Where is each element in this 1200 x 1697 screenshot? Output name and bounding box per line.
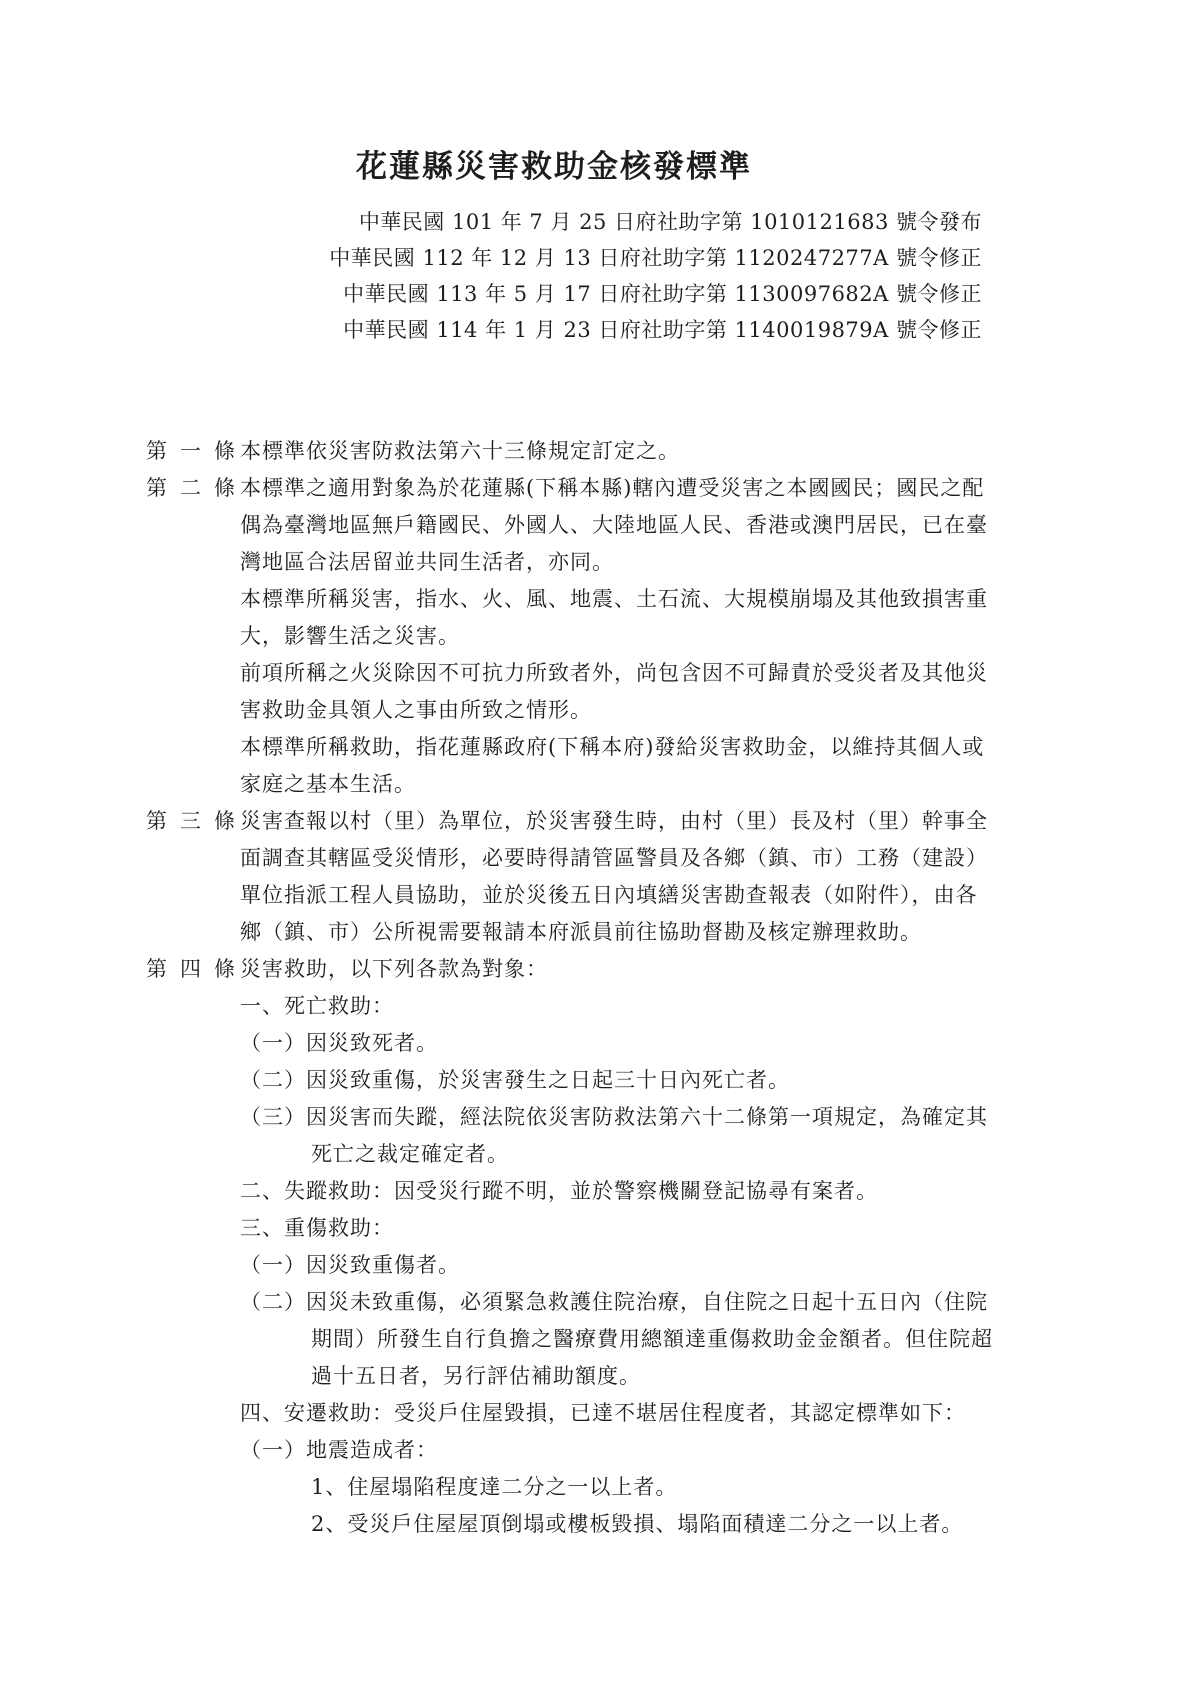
document-line: 二、失蹤救助：因受災行蹤不明，並於警察機關登記協尋有案者。 [0,1173,1200,1210]
line-text: （一）地震造成者： [240,1438,438,1462]
line-text: （二）因災未致重傷，必須緊急救護住院治療，自住院之日起十五日內（住院 [240,1290,988,1314]
line-text: 四、安遷救助：受災戶住屋毀損，已達不堪居住程度者，其認定標準如下： [240,1401,966,1425]
line-text: （一）因災致重傷者。 [240,1253,460,1277]
document-line: 面調查其轄區受災情形，必要時得請管區警員及各鄉（鎮、市）工務（建設） [0,840,1200,877]
promulgation-line: 中華民國 101 年 7 月 25 日府社助字第 1010121683 號令發布 [0,204,982,240]
line-text: 面調查其轄區受災情形，必要時得請管區警員及各鄉（鎮、市）工務（建設） [240,846,988,870]
document-line: 灣地區合法居留並共同生活者，亦同。 [0,544,1200,581]
document-line: （二）因災致重傷，於災害發生之日起三十日內死亡者。 [0,1062,1200,1099]
line-text: 單位指派工程人員協助，並於災後五日內填繕災害勘查報表（如附件），由各 [240,883,978,907]
promulgation-line: 中華民國 113 年 5 月 17 日府社助字第 1130097682A 號令修… [0,276,982,312]
document-line: 四、安遷救助：受災戶住屋毀損，已達不堪居住程度者，其認定標準如下： [0,1395,1200,1432]
promulgation-line: 中華民國 112 年 12 月 13 日府社助字第 1120247277A 號令… [0,240,982,276]
document-line: （二）因災未致重傷，必須緊急救護住院治療，自住院之日起十五日內（住院 [0,1284,1200,1321]
line-text: 本標準之適用對象為於花蓮縣(下稱本縣)轄內遭受災害之本國國民；國民之配 [240,476,984,500]
document-line: 前項所稱之火災除因不可抗力所致者外，尚包含因不可歸責於受災者及其他災 [0,655,1200,692]
article-line: 第三條災害查報以村（里）為單位，於災害發生時，由村（里）長及村（里）幹事全 [0,803,1200,840]
document-title: 花蓮縣災害救助金核發標準 [356,149,752,185]
document-line: 家庭之基本生活。 [0,766,1200,803]
document-page: 花蓮縣災害救助金核發標準 中華民國 101 年 7 月 25 日府社助字第 10… [0,0,1200,1697]
document-line: 單位指派工程人員協助，並於災後五日內填繕災害勘查報表（如附件），由各 [0,877,1200,914]
document-line: 大，影響生活之災害。 [0,618,1200,655]
title-row: 花蓮縣災害救助金核發標準 [146,146,962,188]
document-line: 三、重傷救助： [0,1210,1200,1247]
line-text: 災害救助，以下列各款為對象： [240,957,548,981]
document-body: 第一條本標準依災害防救法第六十三條規定訂定之。第二條本標準之適用對象為於花蓮縣(… [0,433,1200,1543]
document-line: 期間）所發生自行負擔之醫療費用總額達重傷救助金金額者。但住院超 [0,1321,1200,1358]
line-text: 大，影響生活之災害。 [240,624,460,648]
line-text: 本標準所稱災害，指水、火、風、地震、土石流、大規模崩塌及其他致損害重 [240,587,988,611]
line-text: （三）因災害而失蹤，經法院依災害防救法第六十二條第一項規定，為確定其 [240,1105,988,1129]
document-line: 鄉（鎮、市）公所視需要報請本府派員前往協助督勘及核定辦理救助。 [0,914,1200,951]
document-line: （一）因災致重傷者。 [0,1247,1200,1284]
line-text: 死亡之裁定確定者。 [311,1142,509,1166]
line-text: 災害查報以村（里）為單位，於災害發生時，由村（里）長及村（里）幹事全 [240,809,988,833]
promulgation-block: 中華民國 101 年 7 月 25 日府社助字第 1010121683 號令發布… [0,204,1200,348]
line-text: 過十五日者，另行評估補助額度。 [311,1364,641,1388]
line-text: 鄉（鎮、市）公所視需要報請本府派員前往協助督勘及核定辦理救助。 [240,920,922,944]
article-number: 第三條 [146,803,248,840]
article-number: 第一條 [146,433,248,470]
document-line: 一、死亡救助： [0,988,1200,1025]
document-line: 1、住屋塌陷程度達二分之一以上者。 [0,1469,1200,1506]
line-text: 灣地區合法居留並共同生活者，亦同。 [240,550,614,574]
document-line: 2、受災戶住屋屋頂倒塌或樓板毀損、塌陷面積達二分之一以上者。 [0,1506,1200,1543]
line-text: 二、失蹤救助：因受災行蹤不明，並於警察機關登記協尋有案者。 [240,1179,878,1203]
line-text: 偶為臺灣地區無戶籍國民、外國人、大陸地區人民、香港或澳門居民，已在臺 [240,513,988,537]
document-line: 害救助金具領人之事由所致之情形。 [0,692,1200,729]
document-line: （一）地震造成者： [0,1432,1200,1469]
document-line: 本標準所稱救助，指花蓮縣政府(下稱本府)發給災害救助金，以維持其個人或 [0,729,1200,766]
line-text: 家庭之基本生活。 [240,772,416,796]
article-line: 第一條本標準依災害防救法第六十三條規定訂定之。 [0,433,1200,470]
article-number: 第四條 [146,951,248,988]
article-number: 第二條 [146,470,248,507]
article-line: 第四條災害救助，以下列各款為對象： [0,951,1200,988]
document-line: 本標準所稱災害，指水、火、風、地震、土石流、大規模崩塌及其他致損害重 [0,581,1200,618]
line-text: 本標準依災害防救法第六十三條規定訂定之。 [240,439,680,463]
line-text: （一）因災致死者。 [240,1031,438,1055]
line-text: 一、死亡救助： [240,994,394,1018]
article-line: 第二條本標準之適用對象為於花蓮縣(下稱本縣)轄內遭受災害之本國國民；國民之配 [0,470,1200,507]
line-text: 期間）所發生自行負擔之醫療費用總額達重傷救助金金額者。但住院超 [311,1327,993,1351]
line-text: 1、住屋塌陷程度達二分之一以上者。 [311,1475,677,1499]
line-text: 前項所稱之火災除因不可抗力所致者外，尚包含因不可歸責於受災者及其他災 [240,661,988,685]
document-line: （三）因災害而失蹤，經法院依災害防救法第六十二條第一項規定，為確定其 [0,1099,1200,1136]
line-text: （二）因災致重傷，於災害發生之日起三十日內死亡者。 [240,1068,790,1092]
line-text: 害救助金具領人之事由所致之情形。 [240,698,592,722]
line-text: 2、受災戶住屋屋頂倒塌或樓板毀損、塌陷面積達二分之一以上者。 [311,1512,963,1536]
document-line: 死亡之裁定確定者。 [0,1136,1200,1173]
document-line: 偶為臺灣地區無戶籍國民、外國人、大陸地區人民、香港或澳門居民，已在臺 [0,507,1200,544]
document-line: 過十五日者，另行評估補助額度。 [0,1358,1200,1395]
line-text: 本標準所稱救助，指花蓮縣政府(下稱本府)發給災害救助金，以維持其個人或 [240,735,984,759]
document-line: （一）因災致死者。 [0,1025,1200,1062]
line-text: 三、重傷救助： [240,1216,394,1240]
promulgation-line: 中華民國 114 年 1 月 23 日府社助字第 1140019879A 號令修… [0,312,982,348]
